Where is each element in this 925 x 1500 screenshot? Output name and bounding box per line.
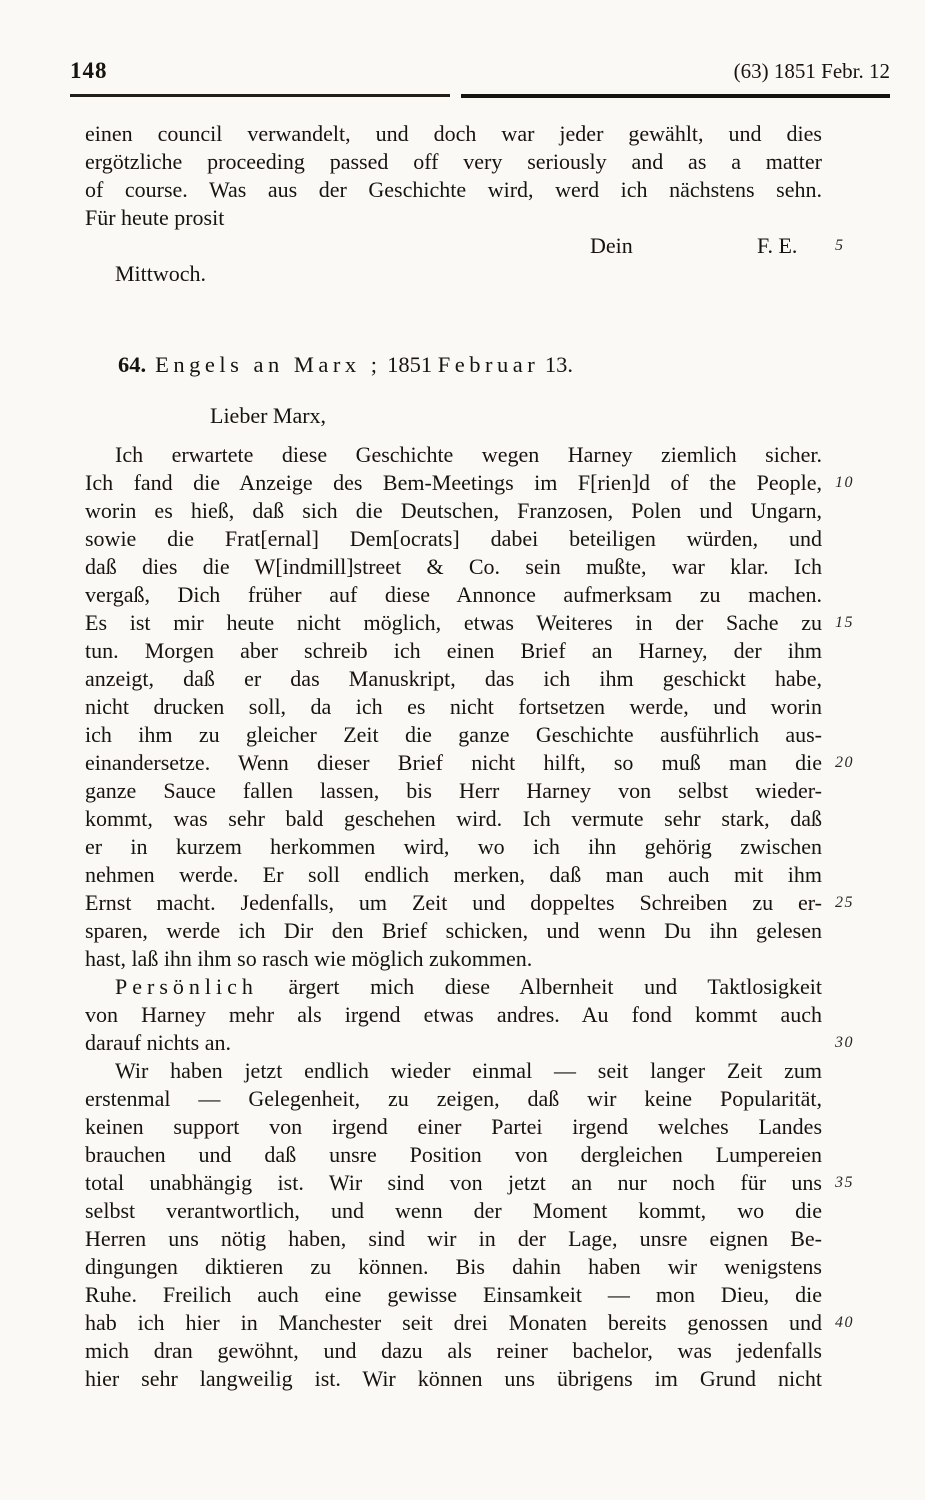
letter-date-year: 1851 <box>387 352 432 377</box>
text-line: Herren uns nötig haben, sind wir in der … <box>85 1225 822 1253</box>
text-line: Wir haben jetzt endlich wieder einmal — … <box>85 1057 822 1085</box>
text-line: einen council verwandelt, und doch war j… <box>85 120 822 148</box>
text-line: mich dran gewöhnt, und dazu als reiner b… <box>85 1337 822 1365</box>
text-line: Ich fand die Anzeige des Bem-Meetings im… <box>85 469 822 497</box>
salutation: Lieber Marx, <box>85 402 822 430</box>
letter-64: 64.Engels an Marx ; 1851 Februar 13. Lie… <box>85 350 822 1393</box>
text-line: von Harney mehr als irgend etwas andres.… <box>85 1001 822 1029</box>
text-line: nehmen werde. Er soll endlich merken, da… <box>85 861 822 889</box>
text-line: tun. Morgen aber schreib ich einen Brief… <box>85 637 822 665</box>
text-line: sparen, werde ich Dir den Brief schicken… <box>85 917 822 945</box>
letter-body: Ich erwartete diese Geschichte wegen Har… <box>85 441 822 1393</box>
closing-valediction: Dein <box>590 232 633 260</box>
letter-heading: 64.Engels an Marx ; 1851 Februar 13. <box>85 350 822 380</box>
text-line: darauf nichts an.30 <box>85 1029 822 1057</box>
text-line: er in kurzem herkommen wird, wo ich ihn … <box>85 833 822 861</box>
text-line: Für heute prosit <box>85 204 822 232</box>
margin-line-number: 30 <box>835 1033 854 1053</box>
text-line: einandersetze. Wenn dieser Brief nicht h… <box>85 749 822 777</box>
letterspaced-text: Persönlich <box>115 974 258 999</box>
closing-initials: F. E. <box>757 232 797 260</box>
letter-date-month: Februar <box>438 352 539 377</box>
margin-line-number: 5 <box>835 236 845 256</box>
text-line: keinen support von irgend einer Partei i… <box>85 1113 822 1141</box>
text-line: erstenmal — Gelegenheit, zu zeigen, daß … <box>85 1085 822 1113</box>
text-line: ich ihm zu gleicher Zeit die ganze Gesch… <box>85 721 822 749</box>
letter-date-day: 13. <box>545 352 573 377</box>
letter-closing: Dein F. E. 5 <box>85 232 822 260</box>
letter-title: Engels an Marx ; <box>155 352 381 377</box>
text-line: ganze Sauce fallen lassen, bis Herr Harn… <box>85 777 822 805</box>
text-line: daß dies die W[indmill]street & Co. sein… <box>85 553 822 581</box>
letter-dateline: Mittwoch. <box>85 260 822 288</box>
text-line: dingungen diktieren zu können. Bis dahin… <box>85 1253 822 1281</box>
text-line: hab ich hier in Manchester seit drei Mon… <box>85 1309 822 1337</box>
paragraph: Ich erwartete diese Geschichte wegen Har… <box>85 441 822 973</box>
text-line: Es ist mir heute nicht möglich, etwas We… <box>85 609 822 637</box>
text-line: ergötzliche proceeding passed off very s… <box>85 148 822 176</box>
letter-63-continuation: einen council verwandelt, und doch war j… <box>85 120 822 288</box>
margin-line-number: 35 <box>835 1173 854 1193</box>
margin-line-number: 10 <box>835 473 854 493</box>
text-line: of course. Was aus der Geschichte wird, … <box>85 176 822 204</box>
margin-line-number: 40 <box>835 1313 854 1333</box>
book-page: 148 (63) 1851 Febr. 12 einen council ver… <box>0 0 925 1500</box>
paragraph: Wir haben jetzt endlich wieder einmal — … <box>85 1057 822 1393</box>
margin-line-number: 25 <box>835 893 854 913</box>
text-line: sowie die Frat[ernal] Dem[ocrats] dabei … <box>85 525 822 553</box>
text-line: nicht drucken soll, da ich es nicht fort… <box>85 693 822 721</box>
page-content: einen council verwandelt, und doch war j… <box>85 0 822 1393</box>
margin-line-number: 20 <box>835 753 854 773</box>
text-line: brauchen und daß unsre Position von derg… <box>85 1141 822 1169</box>
text-line: Ernst macht. Jedenfalls, um Zeit und dop… <box>85 889 822 917</box>
text-line: Ruhe. Freilich auch eine gewisse Einsamk… <box>85 1281 822 1309</box>
text-line: vergaß, Dich früher auf diese Annonce au… <box>85 581 822 609</box>
text-line: hast, laß ihn ihm so rasch wie möglich z… <box>85 945 822 973</box>
text-line: worin es hieß, daß sich die Deutschen, F… <box>85 497 822 525</box>
margin-line-number: 15 <box>835 613 854 633</box>
text-line: selbst verantwortlich, und wenn der Mome… <box>85 1197 822 1225</box>
paragraph: einen council verwandelt, und doch war j… <box>85 120 822 232</box>
text-line: kommt, was sehr bald geschehen wird. Ich… <box>85 805 822 833</box>
text-line: Ich erwartete diese Geschichte wegen Har… <box>85 441 822 469</box>
letter-number: 64. <box>118 352 146 377</box>
text-line: hier sehr langweilig ist. Wir können uns… <box>85 1365 822 1393</box>
text-line: total unabhängig ist. Wir sind von jetzt… <box>85 1169 822 1197</box>
text-line: Persönlich ärgert mich diese Albernheit … <box>85 973 822 1001</box>
text-line: anzeigt, daß er das Manuskript, das ich … <box>85 665 822 693</box>
paragraph: Persönlich ärgert mich diese Albernheit … <box>85 973 822 1057</box>
letter-63-text: einen council verwandelt, und doch war j… <box>85 120 822 232</box>
